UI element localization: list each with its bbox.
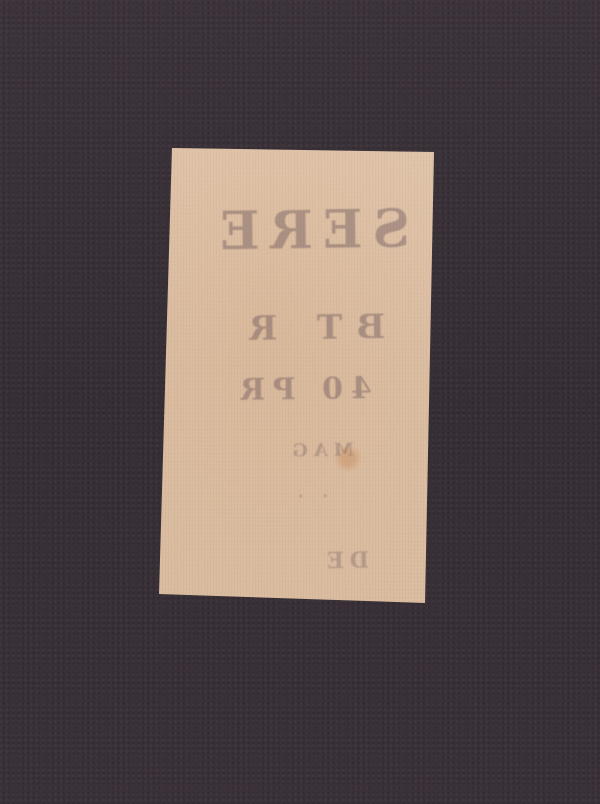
showthrough-text-line-6: DE [260, 547, 430, 575]
showthrough-text-line-2: BT R [200, 306, 421, 349]
showthrough-text-line-3: 40 PR [182, 370, 422, 408]
showthrough-text-line-1: SERE [190, 198, 431, 262]
showthrough-text-line-4: MAG [230, 439, 410, 463]
showthrough-text-line-5: · · [210, 485, 410, 509]
